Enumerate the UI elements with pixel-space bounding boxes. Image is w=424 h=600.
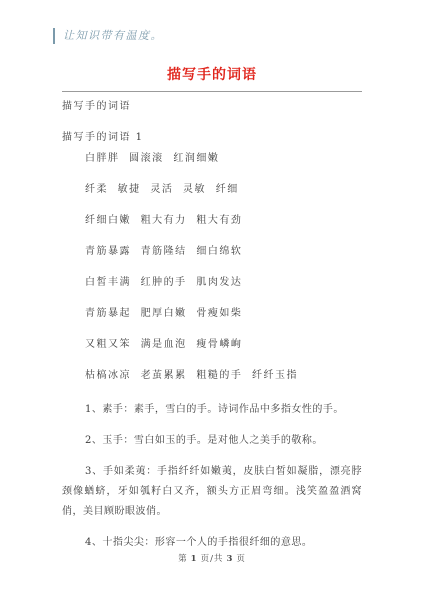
- section-label: 描写手的词语 1: [62, 131, 362, 145]
- document-subtitle: 描写手的词语: [62, 100, 362, 114]
- word-line: 又粗又笨 满是血泡 瘦骨嶙峋: [62, 338, 362, 352]
- page-content: 让知识带有温度。 描写手的词语 描写手的词语 描写手的词语 1 白胖胖 圆滚滚 …: [0, 0, 424, 553]
- page-footer: 第1页/共3页: [0, 552, 424, 564]
- header-accent-bar: [53, 28, 55, 44]
- footer-total-pages: 3: [226, 554, 233, 564]
- header-slogan: 让知识带有温度。: [63, 28, 163, 44]
- word-line: 纤柔 敏捷 灵活 灵敏 纤细: [62, 183, 362, 197]
- word-line: 枯槁冰凉 老茧累累 粗糙的手 纤纤玉指: [62, 369, 362, 383]
- title-divider: [62, 91, 362, 92]
- definition-item: 3、手如柔荑：手指纤纤如嫩荑，皮肤白皙如凝脂，漂亮脖颈像蝤蛴，牙如瓠籽白又齐，额…: [62, 462, 362, 522]
- word-line: 青筋暴起 肥厚白嫩 骨瘦如柴: [62, 307, 362, 321]
- footer-middle: 页/共: [201, 554, 224, 564]
- definition-list: 1、素手：素手，雪白的手。诗词作品中多指女性的手。 2、玉手：雪白如玉的手。是对…: [62, 400, 362, 553]
- document-page: 让知识带有温度。 描写手的词语 描写手的词语 描写手的词语 1 白胖胖 圆滚滚 …: [0, 0, 424, 600]
- definition-item: 4、十指尖尖：形容一个人的手指很纤细的意思。: [62, 533, 362, 553]
- definition-item: 1、素手：素手，雪白的手。诗词作品中多指女性的手。: [62, 400, 362, 420]
- footer-page-number: 1: [191, 554, 198, 564]
- word-line: 白胖胖 圆滚滚 红润细嫩: [62, 152, 362, 166]
- word-list: 白胖胖 圆滚滚 红润细嫩 纤柔 敏捷 灵活 灵敏 纤细 纤细白嫩 粗大有力 粗大…: [62, 152, 362, 383]
- word-line: 纤细白嫩 粗大有力 粗大有劲: [62, 214, 362, 228]
- footer-suffix: 页: [236, 554, 246, 564]
- page-header: 让知识带有温度。: [53, 28, 362, 44]
- word-line: 青筋暴露 青筋隆结 细白绵软: [62, 245, 362, 259]
- footer-prefix: 第: [178, 554, 188, 564]
- definition-item: 2、玉手：雪白如玉的手。是对他人之美手的敬称。: [62, 431, 362, 451]
- word-line: 白皙丰满 红肿的手 肌肉发达: [62, 276, 362, 290]
- document-title: 描写手的词语: [62, 65, 362, 83]
